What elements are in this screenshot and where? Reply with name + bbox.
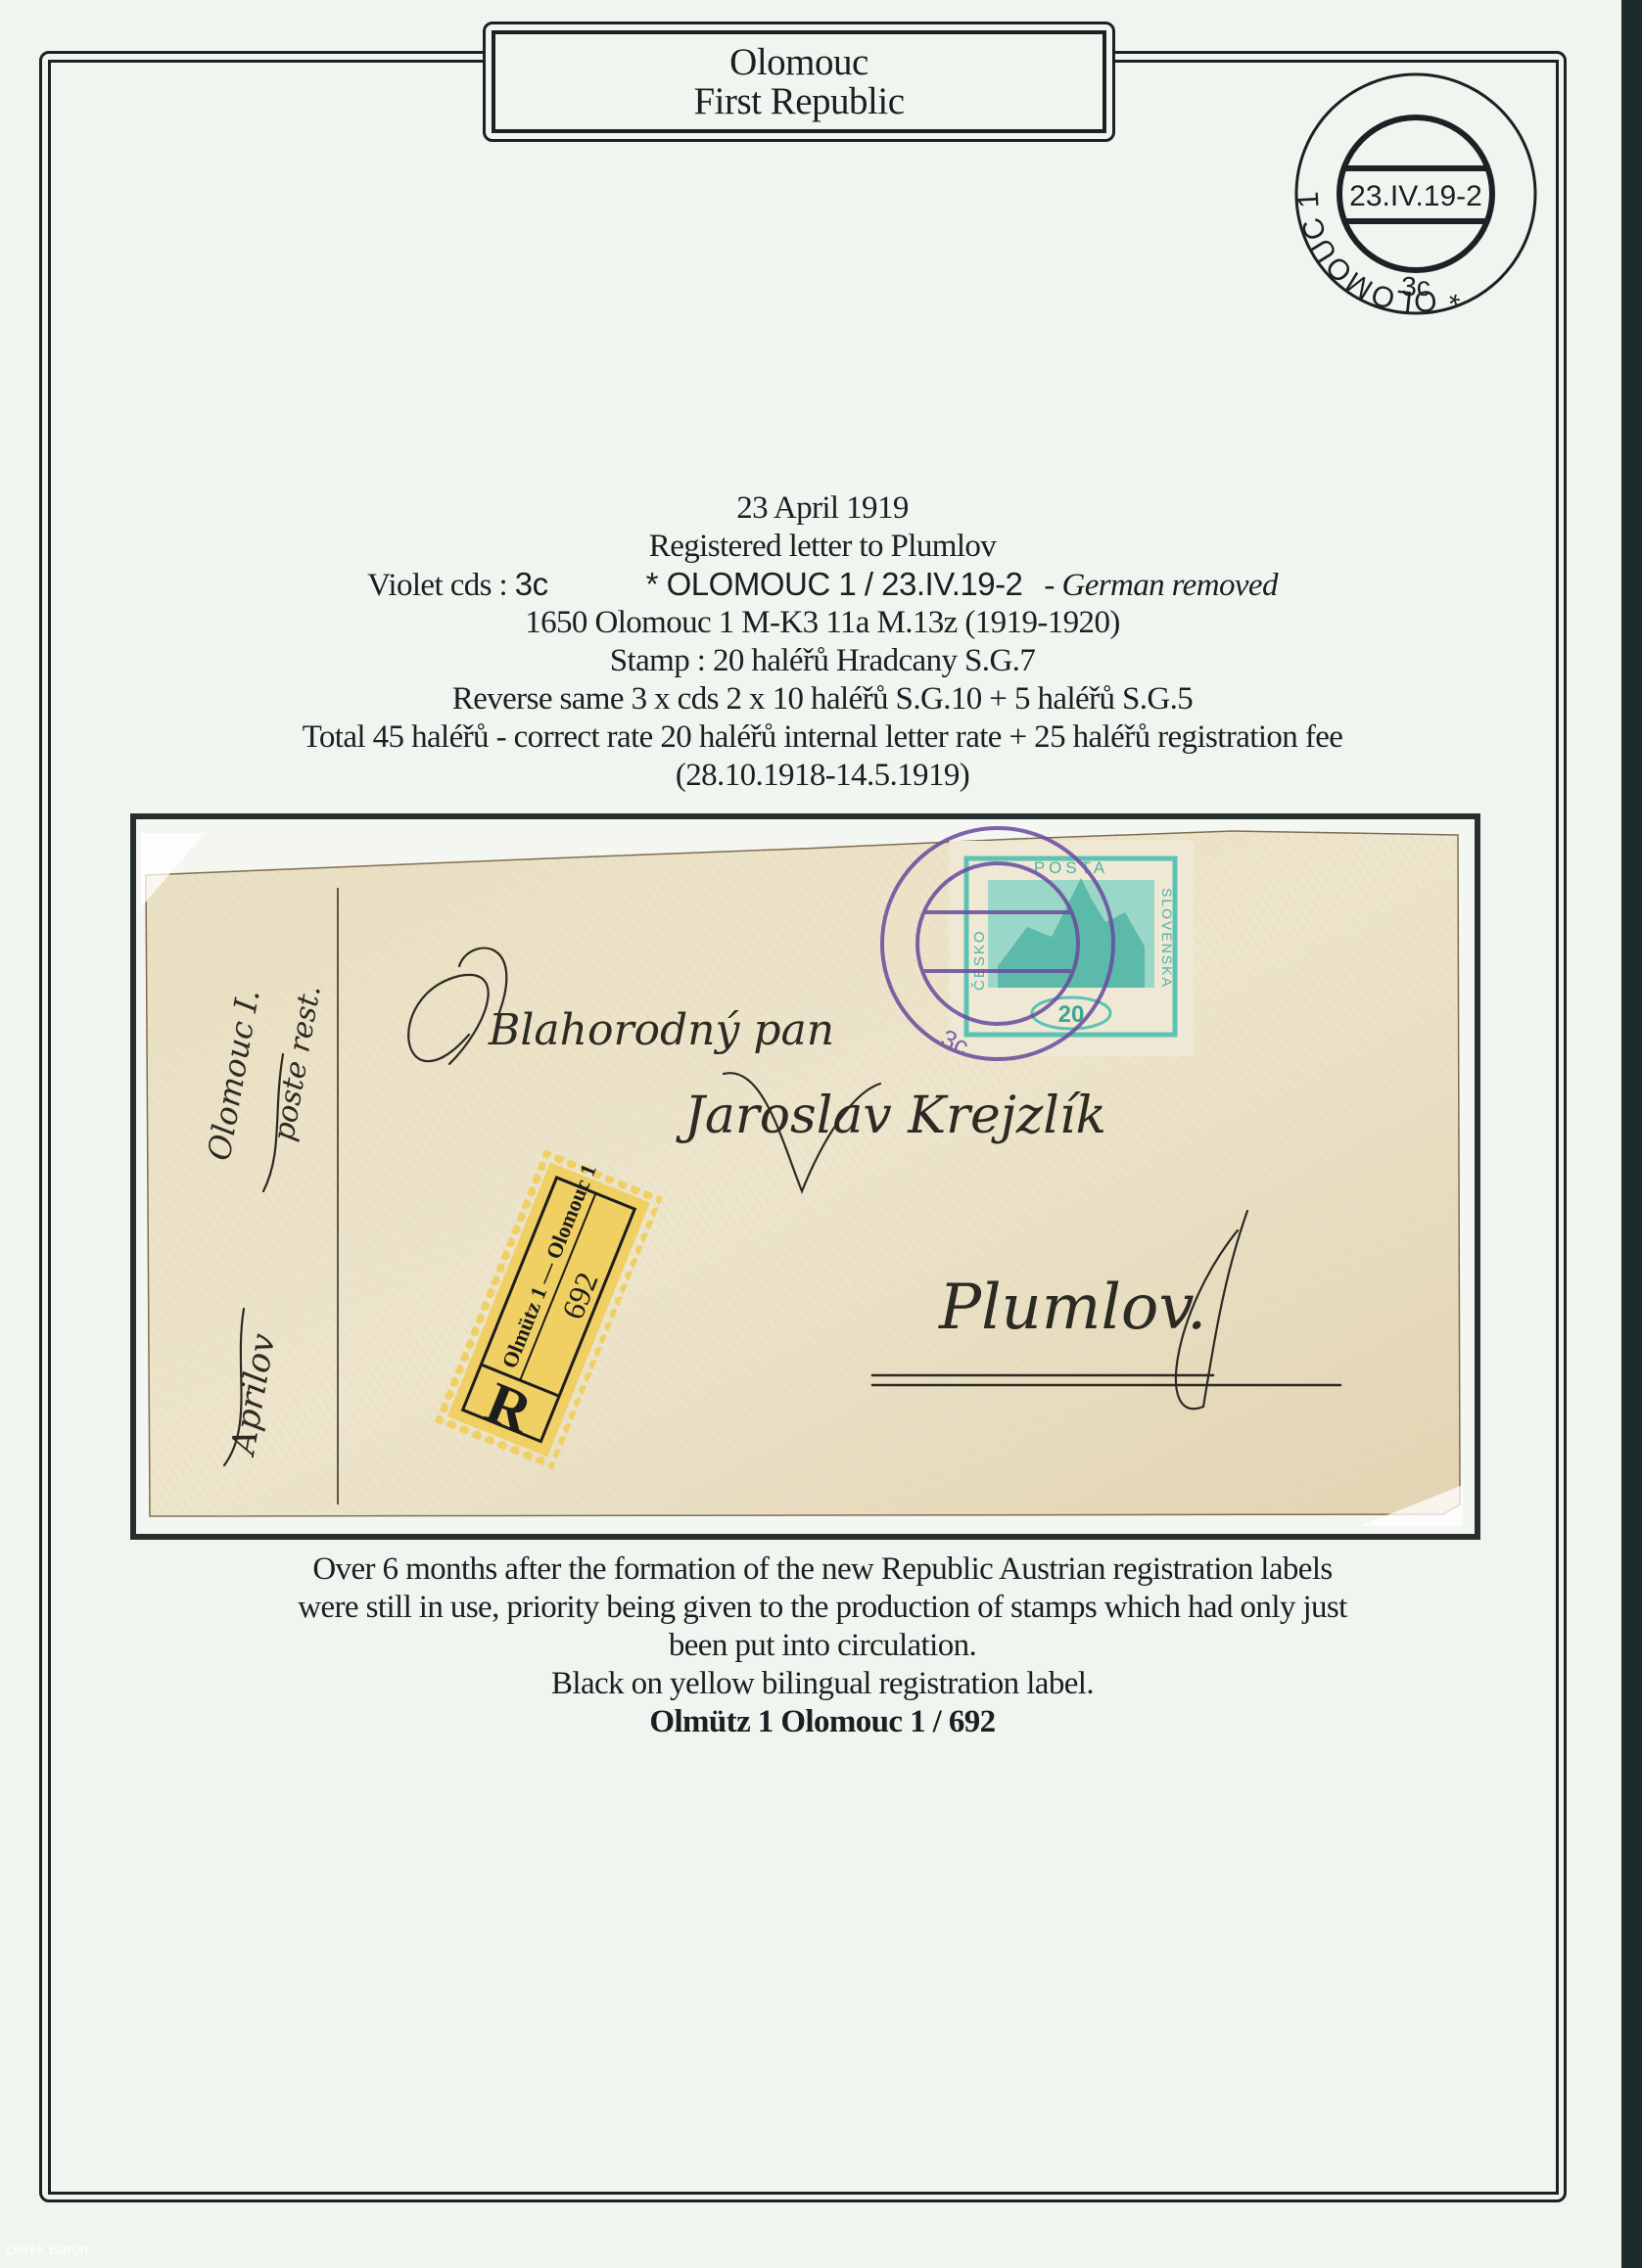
- postmark-bottom-code: 3c: [1401, 271, 1431, 301]
- caption-line-4: Black on yellow bilingual registration l…: [98, 1665, 1547, 1703]
- desc-cancel: Violet cds : 3c* OLOMOUC 1 / 23.IV.19-2-…: [98, 566, 1547, 605]
- caption-line-1: Over 6 months after the formation of the…: [98, 1551, 1547, 1589]
- watermark: Derek Baron: [6, 2242, 88, 2258]
- page-subtitle: First Republic: [693, 82, 904, 121]
- cancel-text: * OLOMOUC 1 / 23.IV.19-2: [646, 566, 1023, 602]
- address-line-3: Plumlov.: [938, 1272, 1206, 1344]
- desc-stamp: Stamp : 20 haléřů Hradcany S.G.7: [98, 642, 1547, 680]
- title-box-inner: Olomouc First Republic: [492, 30, 1106, 133]
- caption-line-3: been put into circulation.: [98, 1627, 1547, 1665]
- desc-date: 23 April 1919: [98, 489, 1547, 528]
- cancel-label: Violet cds :: [367, 568, 515, 603]
- cover-photo: POSTA 20 ČESKO SLOVENSKÁ 3c Blahorodný p…: [136, 819, 1475, 1534]
- scan-edge-strip: [1621, 0, 1642, 2268]
- description-block: 23 April 1919 Registered letter to Pluml…: [98, 489, 1547, 794]
- address-line-2: Jaroslav Krejzlík: [676, 1087, 1106, 1145]
- stamp-left-text: ČESKO: [971, 929, 988, 991]
- cancel-note: - German removed: [1044, 568, 1277, 603]
- cover-photo-frame: POSTA 20 ČESKO SLOVENSKÁ 3c Blahorodný p…: [130, 813, 1480, 1540]
- postmark-illustration: * OLOMOUC 1 23.IV.19-2 3c: [1290, 69, 1541, 319]
- address-line-1: Blahorodný pan: [488, 1005, 834, 1055]
- desc-period: (28.10.1918-14.5.1919): [98, 757, 1547, 795]
- postmark-date: 23.IV.19-2: [1349, 180, 1482, 212]
- desc-item: Registered letter to Plumlov: [98, 528, 1547, 566]
- desc-total: Total 45 haléřů - correct rate 20 haléřů…: [98, 718, 1547, 757]
- caption-line-2: were still in use, priority being given …: [98, 1589, 1547, 1627]
- desc-catalogue: 1650 Olomouc 1 M-K3 11a M.13z (1919-1920…: [98, 604, 1547, 642]
- desc-reverse: Reverse same 3 x cds 2 x 10 haléřů S.G.1…: [98, 680, 1547, 718]
- caption-block: Over 6 months after the formation of the…: [98, 1551, 1547, 1741]
- stamp-top-text: POSTA: [1034, 858, 1108, 877]
- stamp-right-text: SLOVENSKÁ: [1159, 888, 1175, 989]
- cancel-code: 3c: [515, 566, 548, 602]
- page-title: Olomouc: [729, 43, 868, 82]
- caption-label-id: Olmütz 1 Olomouc 1 / 692: [98, 1703, 1547, 1741]
